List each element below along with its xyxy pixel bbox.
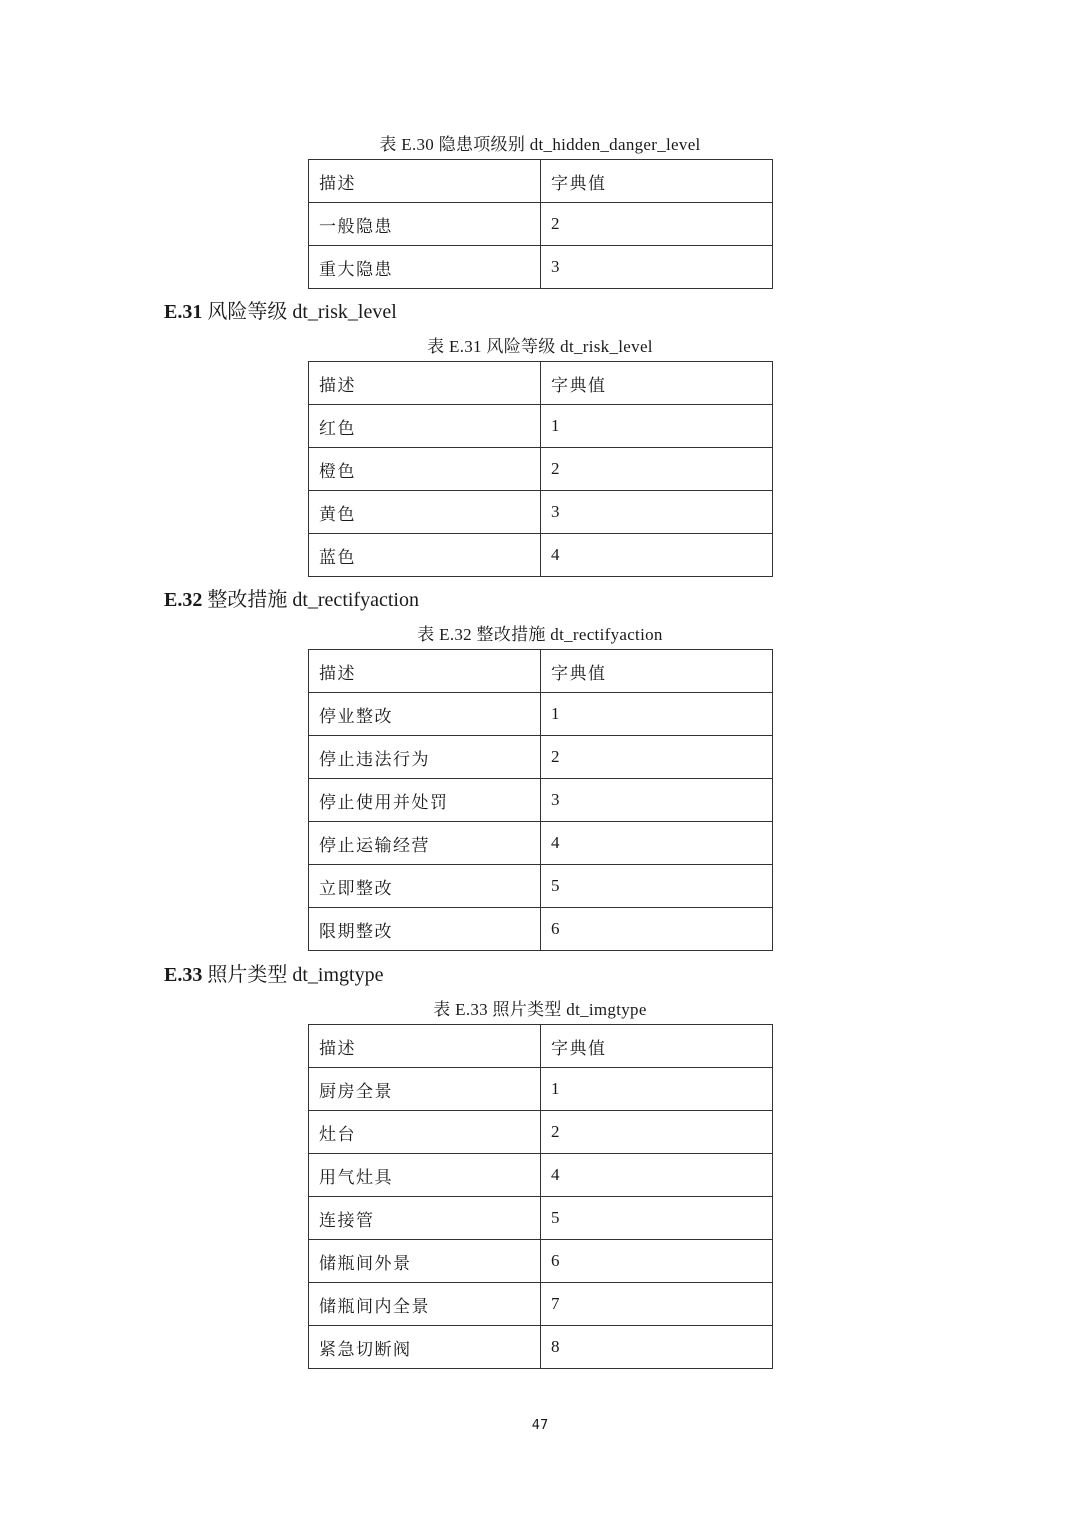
cell-value: 5 — [541, 865, 773, 908]
page-number: 47 — [0, 1418, 1080, 1433]
table-header-row: 描述 字典值 — [309, 160, 773, 203]
table-row: 停止违法行为 2 — [309, 736, 773, 779]
cell-value: 1 — [541, 1068, 773, 1111]
table-e31: 描述 字典值 红色 1 橙色 2 黄色 3 蓝色 4 — [308, 361, 773, 577]
cell-description: 限期整改 — [309, 908, 541, 951]
table-row: 立即整改 5 — [309, 865, 773, 908]
cell-value: 4 — [541, 534, 773, 577]
cell-value: 2 — [541, 448, 773, 491]
header-description: 描述 — [309, 1025, 541, 1068]
cell-description: 紧急切断阀 — [309, 1326, 541, 1369]
table-row: 储瓶间外景 6 — [309, 1240, 773, 1283]
table-e33: 描述 字典值 厨房全景 1 灶台 2 用气灶具 4 连接管 5 储瓶间外景 6 … — [308, 1024, 773, 1369]
table-row: 蓝色 4 — [309, 534, 773, 577]
section-heading-e33: E.33 照片类型 dt_imgtype — [164, 963, 383, 987]
cell-description: 储瓶间内全景 — [309, 1283, 541, 1326]
header-dict-value: 字典值 — [541, 1025, 773, 1068]
table-e30: 描述 字典值 一般隐患 2 重大隐患 3 — [308, 159, 773, 289]
cell-description: 重大隐患 — [309, 246, 541, 289]
cell-description: 灶台 — [309, 1111, 541, 1154]
table-caption-e30: 表 E.30 隐患项级别 dt_hidden_danger_level — [0, 135, 1080, 155]
header-description: 描述 — [309, 650, 541, 693]
cell-description: 停止使用并处罚 — [309, 779, 541, 822]
table-row: 灶台 2 — [309, 1111, 773, 1154]
cell-description: 黄色 — [309, 491, 541, 534]
cell-value: 3 — [541, 779, 773, 822]
header-description: 描述 — [309, 362, 541, 405]
cell-description: 厨房全景 — [309, 1068, 541, 1111]
table-row: 连接管 5 — [309, 1197, 773, 1240]
cell-value: 2 — [541, 1111, 773, 1154]
table-row: 红色 1 — [309, 405, 773, 448]
table-row: 储瓶间内全景 7 — [309, 1283, 773, 1326]
cell-value: 1 — [541, 693, 773, 736]
cell-description: 立即整改 — [309, 865, 541, 908]
cell-description: 停止运输经营 — [309, 822, 541, 865]
cell-value: 6 — [541, 908, 773, 951]
section-title: 整改措施 dt_rectifyaction — [207, 589, 419, 611]
table-row: 停止使用并处罚 3 — [309, 779, 773, 822]
cell-value: 3 — [541, 246, 773, 289]
table-row: 一般隐患 2 — [309, 203, 773, 246]
table-row: 停业整改 1 — [309, 693, 773, 736]
header-description: 描述 — [309, 160, 541, 203]
table-header-row: 描述 字典值 — [309, 362, 773, 405]
table-e32: 描述 字典值 停业整改 1 停止违法行为 2 停止使用并处罚 3 停止运输经营 … — [308, 649, 773, 951]
cell-value: 2 — [541, 203, 773, 246]
cell-description: 橙色 — [309, 448, 541, 491]
table-row: 停止运输经营 4 — [309, 822, 773, 865]
cell-description: 一般隐患 — [309, 203, 541, 246]
section-number: E.33 — [164, 964, 202, 986]
cell-value: 3 — [541, 491, 773, 534]
cell-description: 红色 — [309, 405, 541, 448]
cell-description: 连接管 — [309, 1197, 541, 1240]
cell-value: 6 — [541, 1240, 773, 1283]
table-caption-e31: 表 E.31 风险等级 dt_risk_level — [0, 337, 1080, 357]
cell-value: 5 — [541, 1197, 773, 1240]
cell-description: 用气灶具 — [309, 1154, 541, 1197]
table-row: 厨房全景 1 — [309, 1068, 773, 1111]
cell-description: 储瓶间外景 — [309, 1240, 541, 1283]
header-dict-value: 字典值 — [541, 160, 773, 203]
cell-value: 8 — [541, 1326, 773, 1369]
cell-description: 停业整改 — [309, 693, 541, 736]
table-row: 紧急切断阀 8 — [309, 1326, 773, 1369]
section-heading-e31: E.31 风险等级 dt_risk_level — [164, 300, 397, 324]
table-caption-e32: 表 E.32 整改措施 dt_rectifyaction — [0, 625, 1080, 645]
table-row: 橙色 2 — [309, 448, 773, 491]
cell-value: 1 — [541, 405, 773, 448]
table-row: 限期整改 6 — [309, 908, 773, 951]
section-title: 照片类型 dt_imgtype — [207, 964, 383, 986]
cell-description: 蓝色 — [309, 534, 541, 577]
header-dict-value: 字典值 — [541, 362, 773, 405]
section-number: E.32 — [164, 589, 202, 611]
table-row: 重大隐患 3 — [309, 246, 773, 289]
table-caption-e33: 表 E.33 照片类型 dt_imgtype — [0, 1000, 1080, 1020]
header-dict-value: 字典值 — [541, 650, 773, 693]
cell-value: 7 — [541, 1283, 773, 1326]
cell-value: 2 — [541, 736, 773, 779]
cell-value: 4 — [541, 822, 773, 865]
table-row: 黄色 3 — [309, 491, 773, 534]
cell-description: 停止违法行为 — [309, 736, 541, 779]
table-header-row: 描述 字典值 — [309, 650, 773, 693]
section-heading-e32: E.32 整改措施 dt_rectifyaction — [164, 588, 419, 612]
section-title: 风险等级 dt_risk_level — [207, 301, 396, 323]
cell-value: 4 — [541, 1154, 773, 1197]
section-number: E.31 — [164, 301, 202, 323]
table-row: 用气灶具 4 — [309, 1154, 773, 1197]
table-header-row: 描述 字典值 — [309, 1025, 773, 1068]
